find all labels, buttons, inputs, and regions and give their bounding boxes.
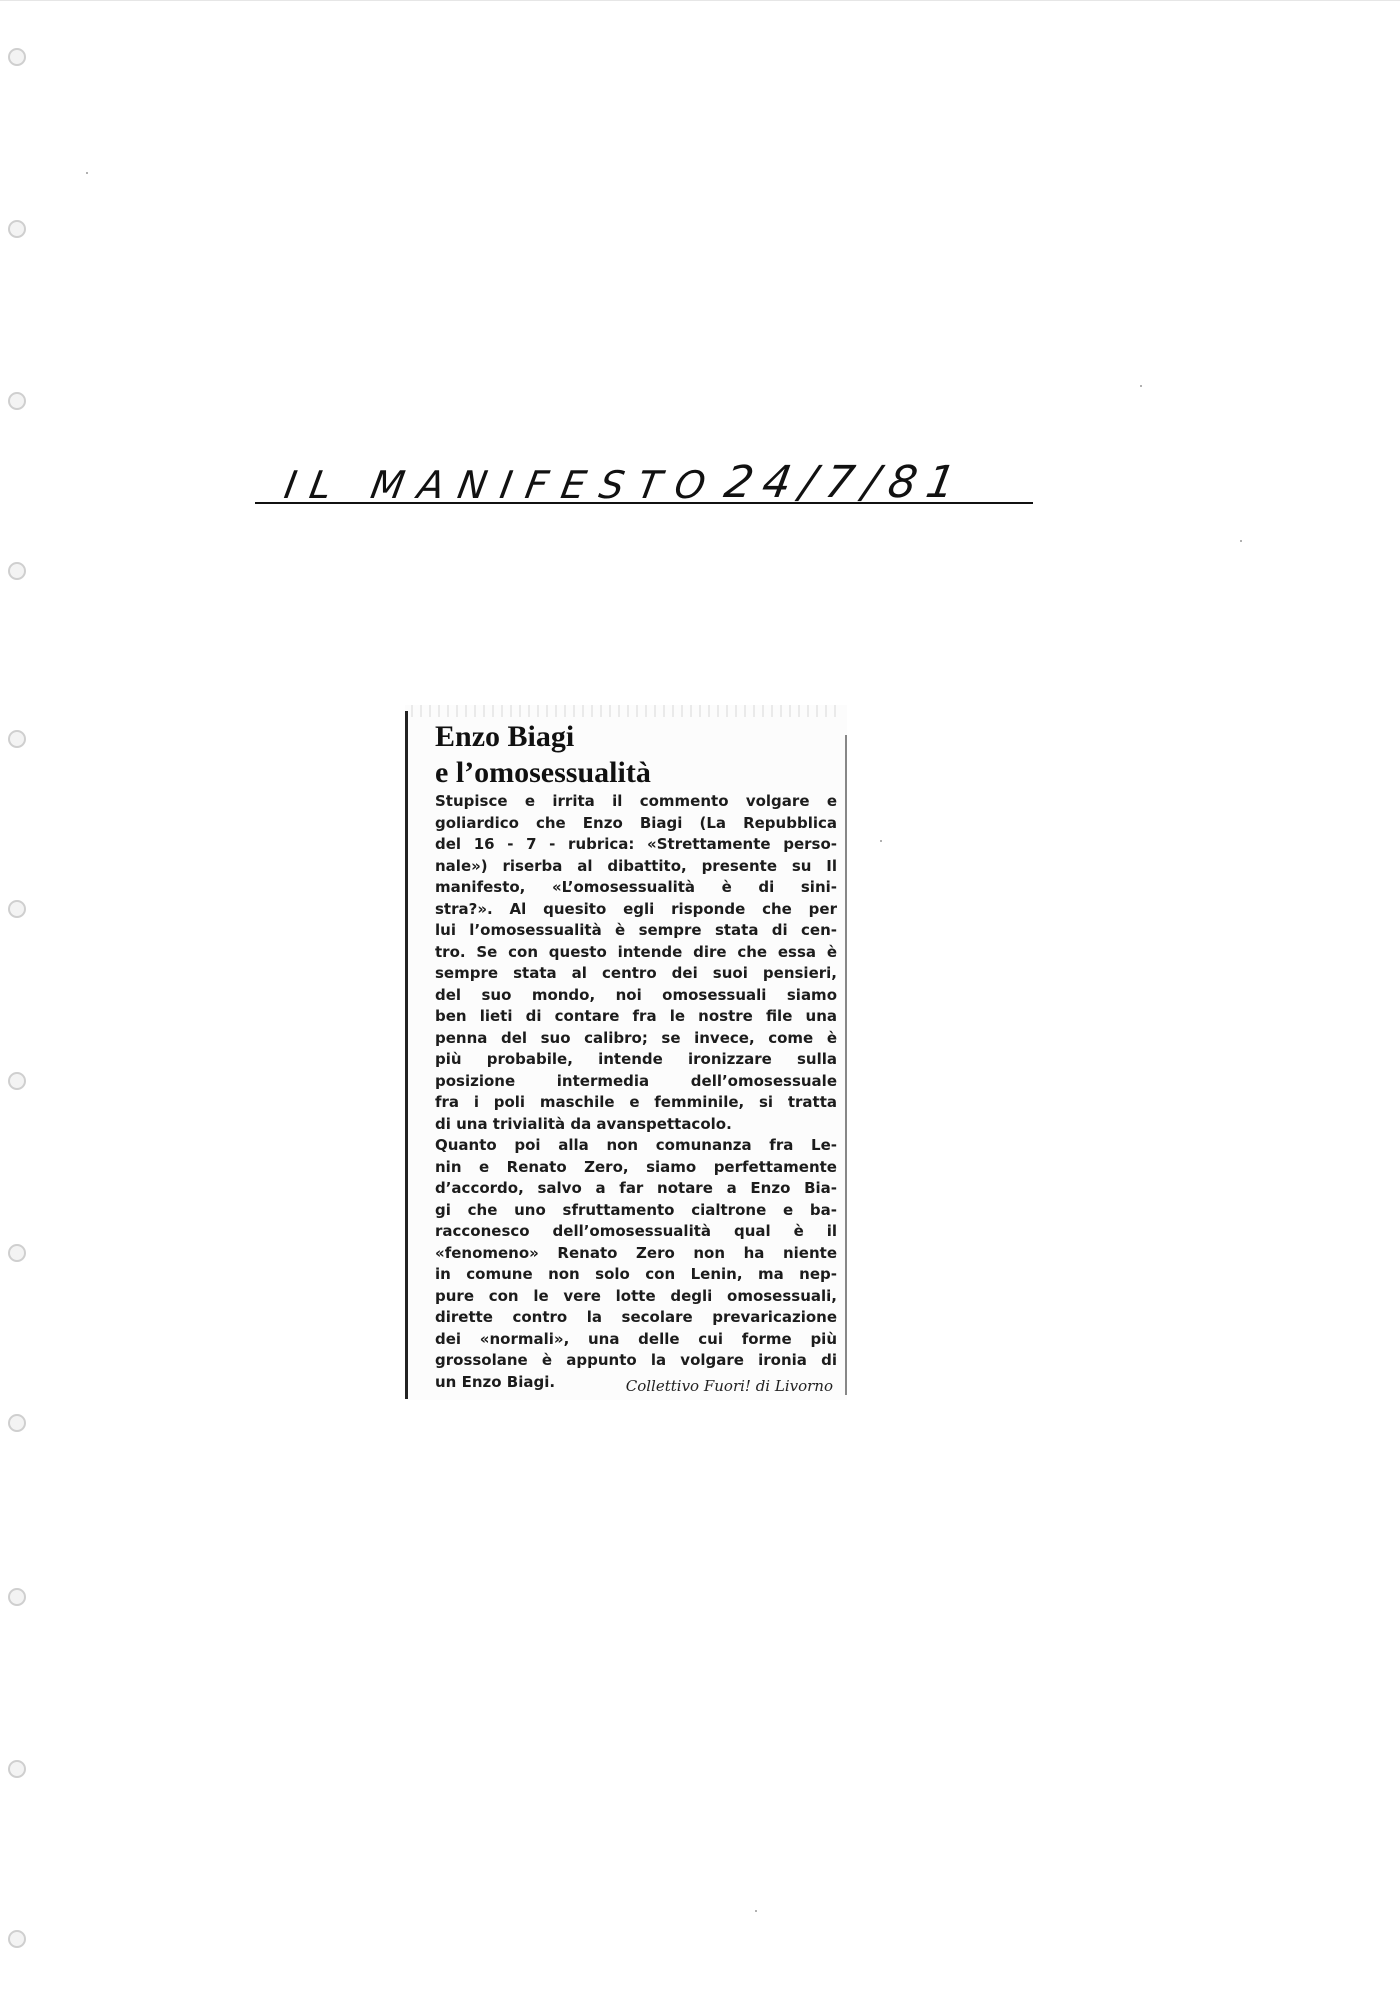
- binder-hole-mark: [8, 900, 26, 918]
- scan-speck: [755, 1910, 757, 1912]
- article-line: goliardico che Enzo Biagi (La Repubblica: [435, 813, 837, 835]
- article-line: nin e Renato Zero, siamo perfettamente: [435, 1157, 837, 1179]
- article-line: del 16 - 7 - rubrica: «Strettamente pers…: [435, 834, 837, 856]
- article-line: lui l’omosessualità è sempre stata di ce…: [435, 920, 837, 942]
- article-line: stra?». Al quesito egli risponde che per: [435, 899, 837, 921]
- clipping-left-rule: [405, 711, 408, 1399]
- article-line: più probabile, intende ironizzare sulla: [435, 1049, 837, 1071]
- article-line: dei «normali», una delle cui forme più: [435, 1329, 837, 1351]
- handwritten-source-note: IL MANIFESTO 24/7/81: [255, 455, 1035, 525]
- article-line: sempre stata al centro dei suoi pensieri…: [435, 963, 837, 985]
- article-signature: Collettivo Fuori! di Livorno: [626, 1377, 833, 1395]
- article-line: fra i poli maschile e femminile, si trat…: [435, 1092, 837, 1114]
- article-line: d’accordo, salvo a far notare a Enzo Bia…: [435, 1178, 837, 1200]
- handwritten-underline: [255, 502, 1033, 504]
- article-headline: Enzo Biagi e l’omosessualità: [435, 719, 651, 791]
- binder-hole-mark: [8, 392, 26, 410]
- article-line: pure con le vere lotte degli omosessuali…: [435, 1286, 837, 1308]
- binder-hole-mark: [8, 1414, 26, 1432]
- scan-speck: [1140, 385, 1142, 387]
- article-line: grossolane è appunto la volgare ironia d…: [435, 1350, 837, 1372]
- binder-hole-mark: [8, 220, 26, 238]
- binder-hole-mark: [8, 1760, 26, 1778]
- article-line: racconesco dell’omosessualità qual è il: [435, 1221, 837, 1243]
- article-line: «fenomeno» Renato Zero non ha niente: [435, 1243, 837, 1265]
- handwritten-date: 24/7/81: [721, 457, 970, 508]
- article-line: Quanto poi alla non comunanza fra Le-: [435, 1135, 837, 1157]
- article-line: nale») riserba al dibattito, presente su…: [435, 856, 837, 878]
- article-line: di una trivialità da avanspettacolo.: [435, 1114, 837, 1136]
- binder-hole-mark: [8, 1588, 26, 1606]
- article-line: dirette contro la secolare prevaricazion…: [435, 1307, 837, 1329]
- scan-speck: [1240, 540, 1242, 542]
- scan-speck: [880, 840, 882, 842]
- headline-line-2: e l’omosessualità: [435, 756, 651, 789]
- clipping-top-noise: [411, 705, 841, 717]
- article-line: ben lieti di contare fra le nostre file …: [435, 1006, 837, 1028]
- article-line: posizione intermedia dell’omosessuale: [435, 1071, 837, 1093]
- scan-speck: [86, 172, 88, 174]
- binder-hole-mark: [8, 730, 26, 748]
- binder-hole-mark: [8, 562, 26, 580]
- binder-hole-mark: [8, 1244, 26, 1262]
- article-line: Stupisce e irrita il commento volgare e: [435, 791, 837, 813]
- article-line: gi che uno sfruttamento cialtrone e ba-: [435, 1200, 837, 1222]
- binder-hole-mark: [8, 1930, 26, 1948]
- clipping-right-rule: [845, 735, 847, 1395]
- headline-line-1: Enzo Biagi: [435, 720, 574, 753]
- handwritten-publication: IL MANIFESTO: [281, 463, 723, 507]
- binder-hole-mark: [8, 48, 26, 66]
- article-line: del suo mondo, noi omosessuali siamo: [435, 985, 837, 1007]
- binder-hole-mark: [8, 1072, 26, 1090]
- article-line: in comune non solo con Lenin, ma nep-: [435, 1264, 837, 1286]
- article-line: manifesto, «L’omosessualità è di sini-: [435, 877, 837, 899]
- newspaper-clipping: Enzo Biagi e l’omosessualità Stupisce e …: [405, 705, 847, 1400]
- page-top-edge: [0, 0, 1400, 1]
- article-line: penna del suo calibro; se invece, come è: [435, 1028, 837, 1050]
- article-line: tro. Se con questo intende dire che essa…: [435, 942, 837, 964]
- article-body: Stupisce e irrita il commento volgare eg…: [435, 791, 837, 1393]
